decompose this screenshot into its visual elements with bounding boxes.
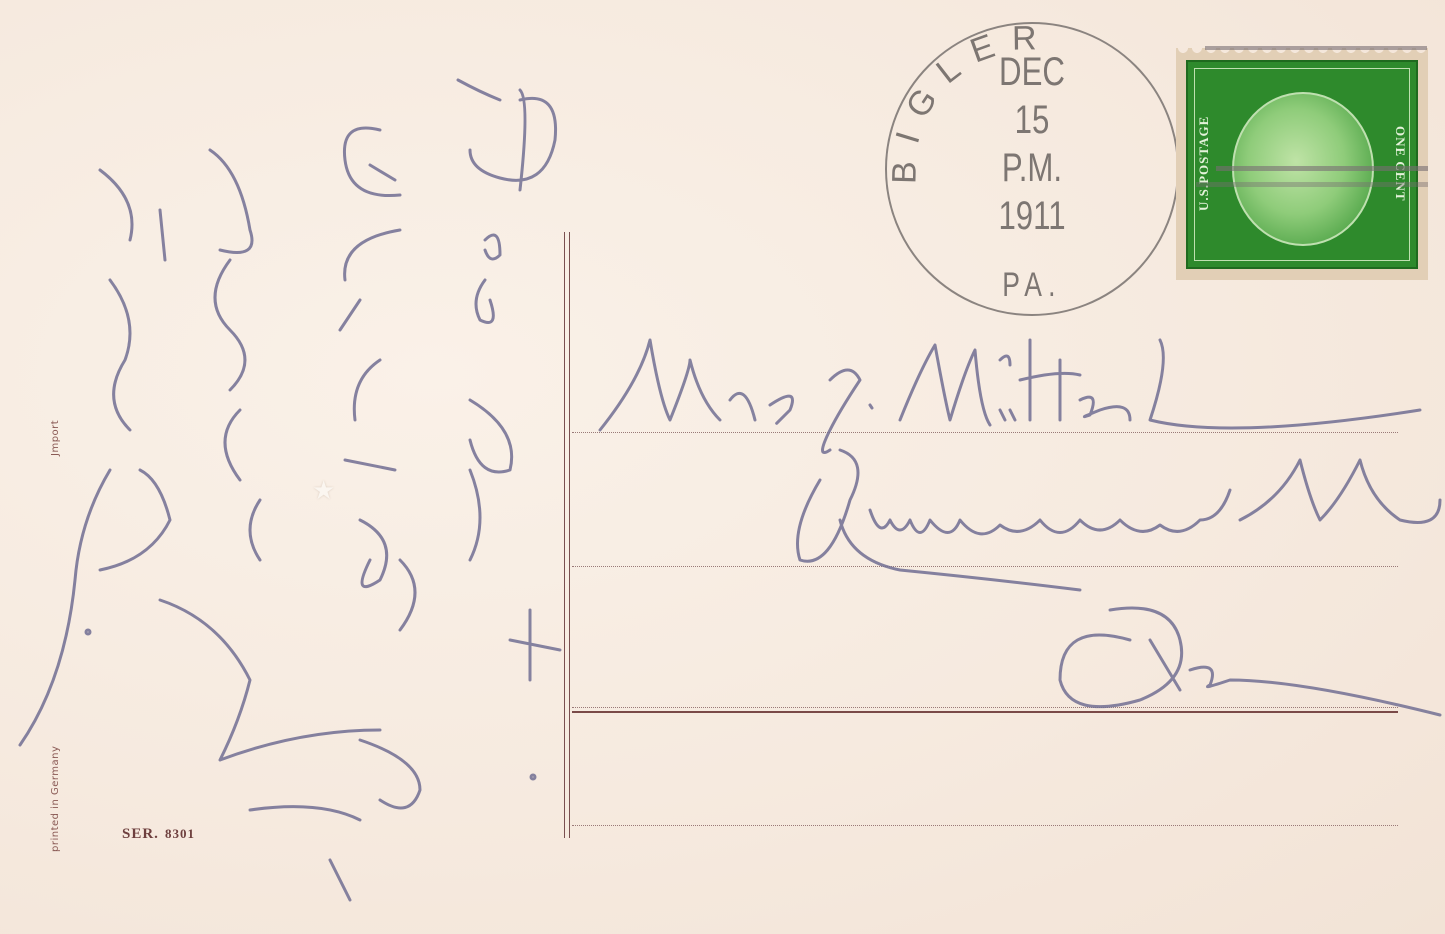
postcard-back: Jmport printed in Germany SER.8301 BIGLE… — [0, 0, 1445, 934]
embossed-star-icon: ★ — [312, 476, 335, 506]
handwriting-strokes — [0, 0, 1445, 934]
